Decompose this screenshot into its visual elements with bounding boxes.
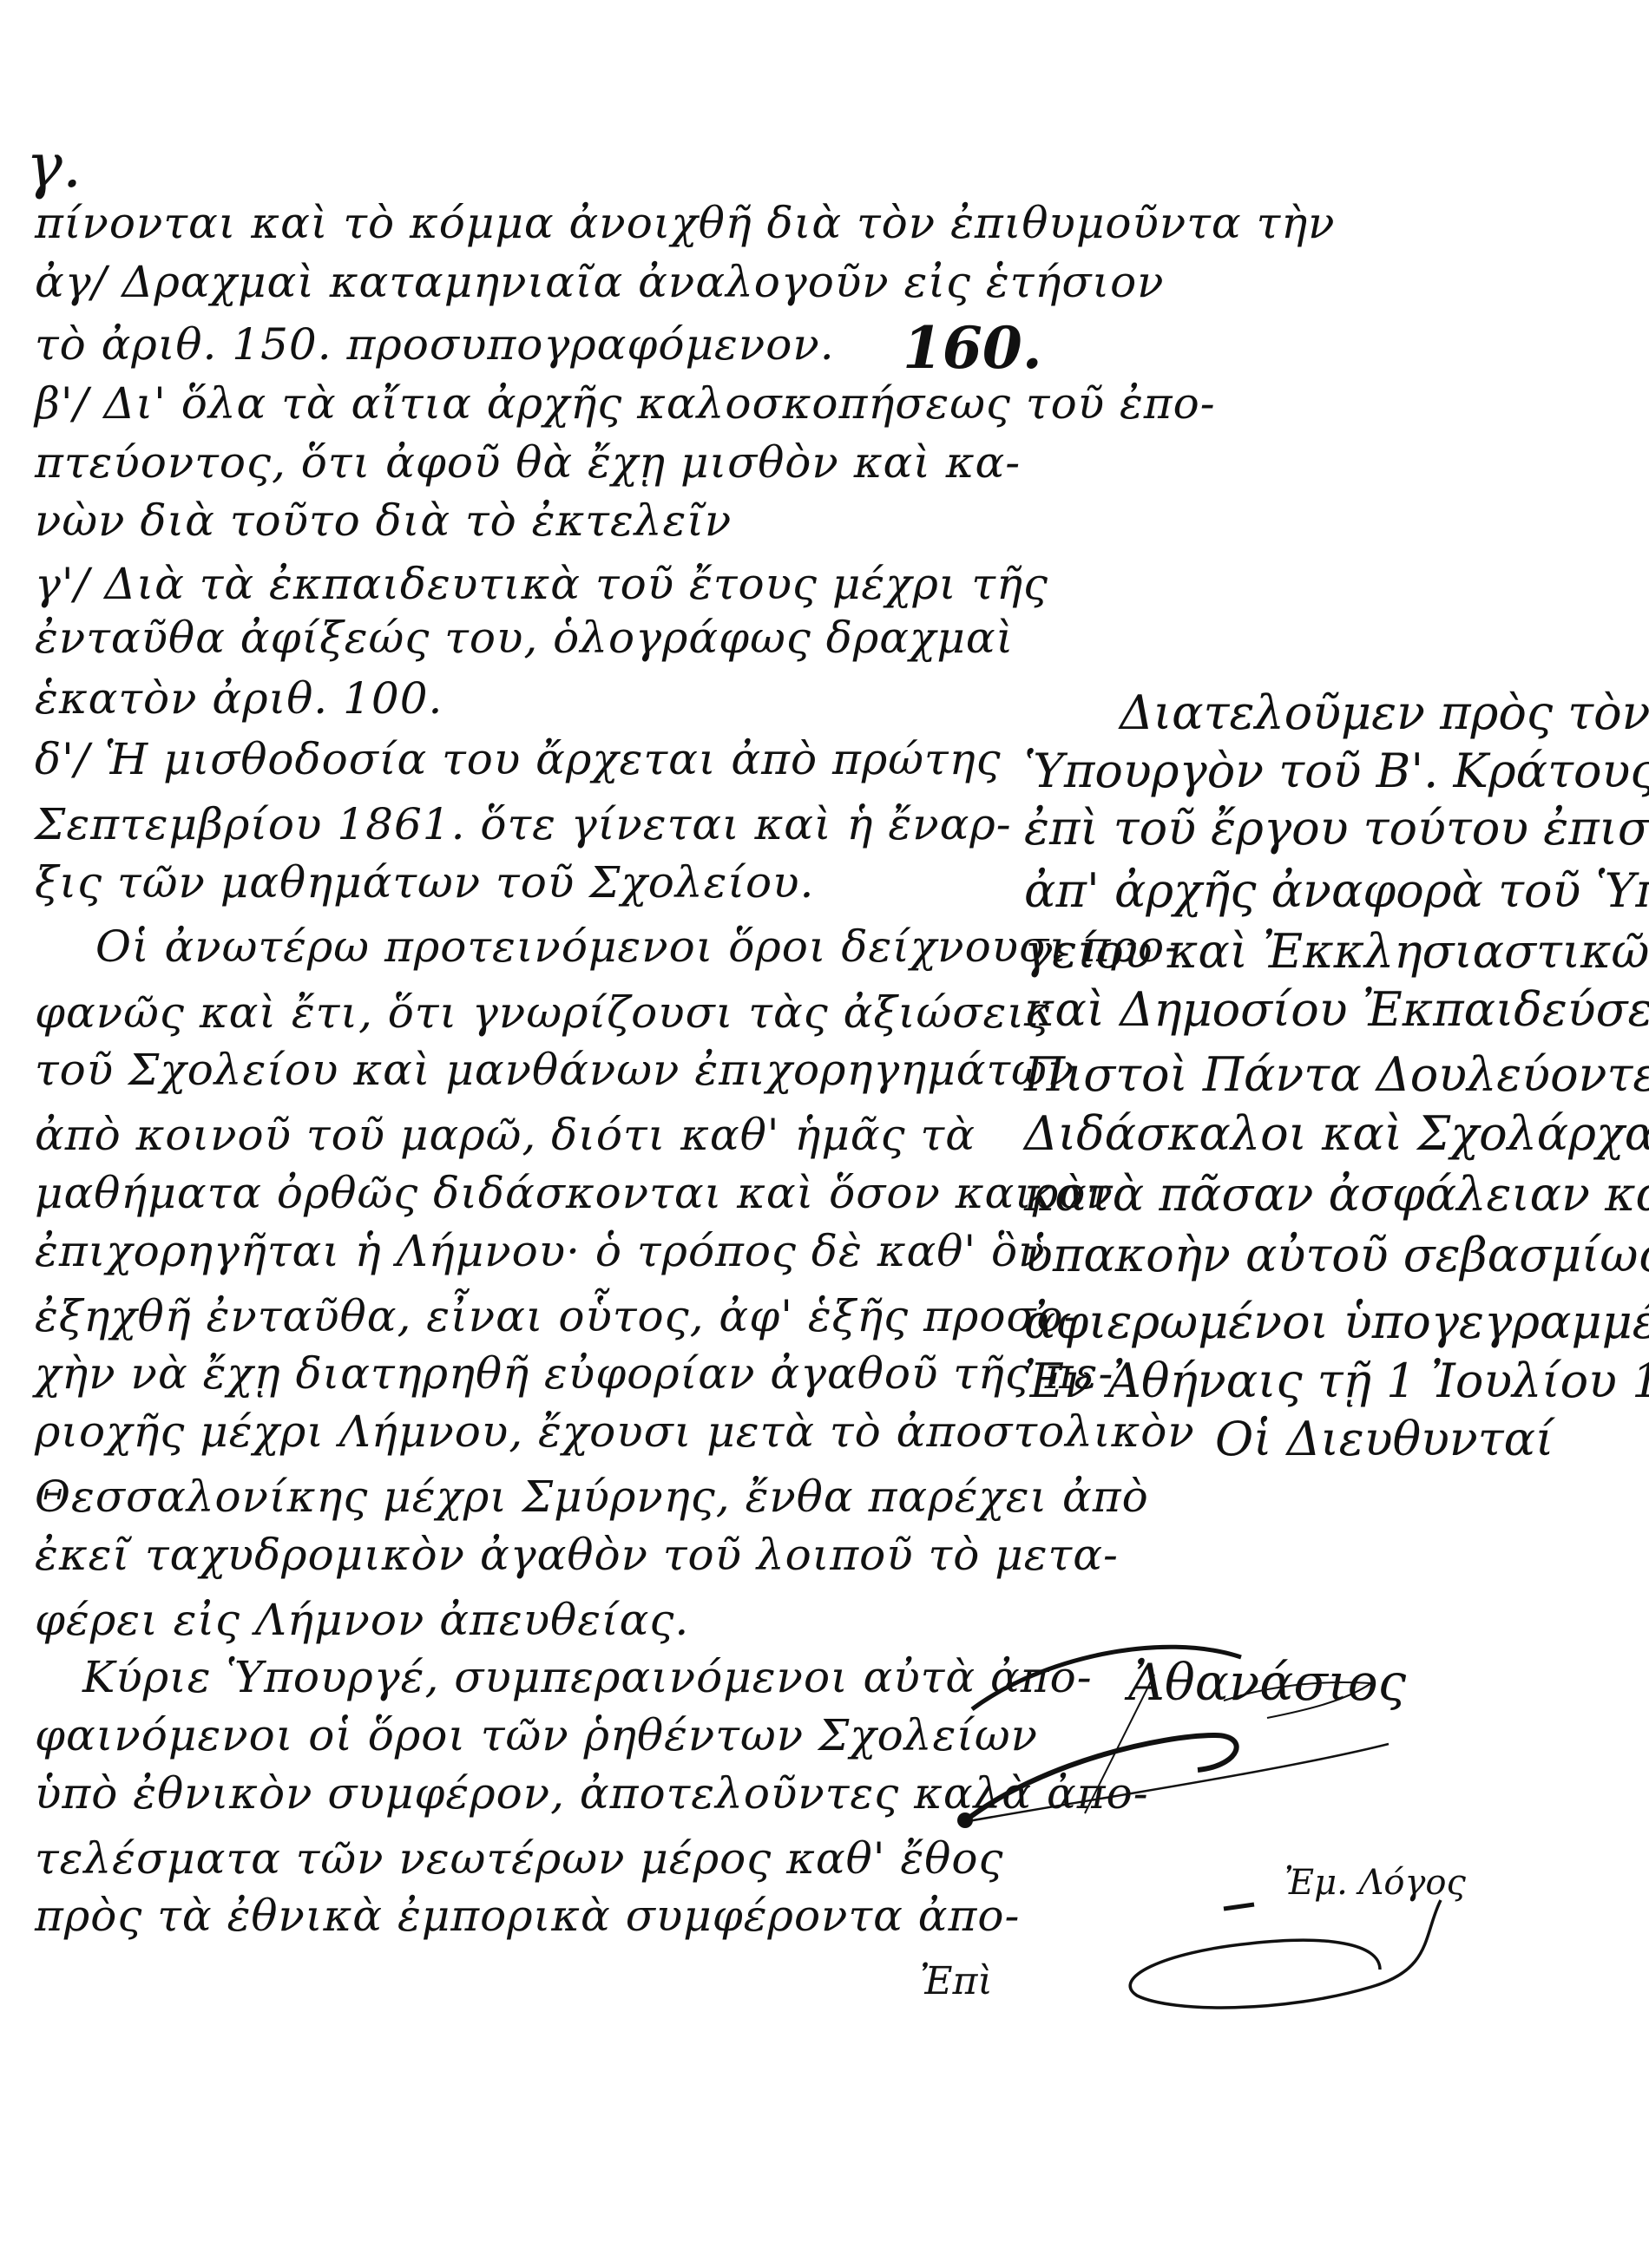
left-line-18: ἐπιχορηγῆται ἡ Λήμνου· ὁ τρόπος δὲ καθ' … [35,1229,1046,1273]
left-line-14: φανῶς καὶ ἔτι, ὅτι γνωρίζουσι τὰς ἀξιώσε… [35,991,1050,1034]
left-line-3: τὸ ἀριθ. 150. προσυπογραφόμενον. [35,323,835,366]
left-line-13: Οἱ ἀνωτέρω προτεινόμενοι ὅροι δείχνουσι … [95,925,1180,968]
left-line-15: τοῦ Σχολείου καὶ μανθάνων ἐπιχορηγημάτων [35,1048,1074,1091]
right-line-2: Ὑπουργὸν τοῦ Β'. Κράτους [1024,748,1649,795]
right-line-9: κατὰ πᾶσαν ἀσφάλειαν καὶ [1024,1171,1649,1218]
signature-1-flourish-icon [937,1605,1501,1865]
left-line-21: ριοχῆς μέχρι Λήμνου, ἔχουσι μετὰ τὸ ἀποσ… [35,1410,1195,1453]
left-line-22: Θεσσαλονίκης μέχρι Σμύρνης, ἔνθα παρέχει… [35,1475,1149,1518]
left-line-5: πτεύοντος, ὅτι ἀφοῦ θὰ ἔχῃ μισθὸν καὶ κα… [35,441,1021,484]
right-line-7: Πιστοὶ Πάντα Δουλεύοντες [1024,1052,1649,1098]
right-line-3: ἐπὶ τοῦ ἔργου τούτου ἐπιστάτου [1024,805,1649,852]
left-line-17: μαθήματα ὀρθῶς διδάσκονται καὶ ὅσον καιρ… [35,1171,1114,1215]
left-line-23: ἐκεῖ ταχυδρομικὸν ἀγαθὸν τοῦ λοιποῦ τὸ μ… [35,1533,1119,1576]
left-line-16: ἀπὸ κοινοῦ τοῦ μαρῶ, διότι καθ' ἡμᾶς τὰ [35,1113,976,1157]
right-line-5: γείου καὶ Ἐκκλησιαστικῶν [1024,928,1649,975]
right-line-1: Διατελοῦμεν πρὸς τὸν [1120,690,1649,737]
catchword: Ἐπὶ [920,1959,993,2003]
right-line-8: Διδάσκαλοι καὶ Σχολάρχαι [1024,1111,1649,1157]
left-line-6: νὼν διὰ τοῦτο διὰ τὸ ἐκτελεῖν [35,499,732,542]
left-line-11: Σεπτεμβρίου 1861. ὅτε γίνεται καὶ ἡ ἔναρ… [35,803,1012,846]
left-line-8: ἐνταῦθα ἀφίξεώς του, ὁλογράφως δραχμαὶ [35,616,1014,659]
signature-1: Ἀθανάσιος [1128,1657,1406,1708]
left-line-4: β'/ Δι' ὅλα τὰ αἴτια ἀρχῆς καλοσκοπήσεως… [35,382,1216,425]
page-marker: γ. [26,130,82,201]
left-line-28: τελέσματα τῶν νεωτέρων μέρος καθ' ἔθος [35,1837,1003,1880]
left-line-12: ξις τῶν μαθημάτων τοῦ Σχολείου. [35,861,814,904]
left-line-1: πίνονται καὶ τὸ κόμμα ἀνοιχθῆ διὰ τὸν ἐπ… [35,201,1336,245]
left-line-19: ἐξηχθῆ ἐνταῦθα, εἶναι οὗτος, ἀφ' ἑξῆς πρ… [35,1295,1080,1338]
left-line-9: ἑκατὸν ἀριθ. 100. [35,677,443,720]
left-line-26: φαινόμενοι οἱ ὅροι τῶν ῥηθέντων Σχολείων [35,1714,1038,1757]
left-line-20: χὴν νὰ ἔχῃ διατηρηθῆ εὐφορίαν ἀγαθοῦ τῆς… [35,1352,1114,1395]
amount-160: 160. [903,314,1042,382]
right-line-10: ὑπακοὴν αὐτοῦ σεβασμίως [1024,1232,1649,1279]
left-line-24: φέρει εἰς Λήμνον ἀπευθείας. [35,1598,689,1642]
right-line-6: καὶ Δημοσίου Ἐκπαιδεύσεως [1024,987,1649,1033]
right-line-11: ἀφιερωμένοι ὑπογεγραμμένοι. [1024,1299,1649,1346]
signature-2-flourish-icon [1111,1883,1562,2039]
left-line-2: ἀγ/ Δραχμαὶ καταμηνιαῖα ἀναλογοῦν εἰς ἑτ… [35,260,1165,304]
left-line-7: γ'/ Διὰ τὰ ἐκπαιδευτικὰ τοῦ ἔτους μέχρι … [35,562,1048,606]
right-line-4: ἀπ' ἀρχῆς ἀναφορὰ τοῦ Ὑπουρ- [1024,868,1649,914]
right-line-13: Οἱ Διευθυνταί [1215,1416,1554,1463]
right-line-12: Ἐν Ἀθήναις τῇ 1 Ἰουλίου 1861. [1024,1358,1649,1405]
left-line-10: δ'/ Ἡ μισθοδοσία του ἄρχεται ἀπὸ πρώτης [35,737,1002,781]
manuscript-page: γ. πίνονται καὶ τὸ κόμμα ἀνοιχθῆ διὰ τὸν… [0,0,1649,2268]
left-line-29: πρὸς τὰ ἐθνικὰ ἐμπορικὰ συμφέροντα ἀπο- [35,1894,1020,1937]
